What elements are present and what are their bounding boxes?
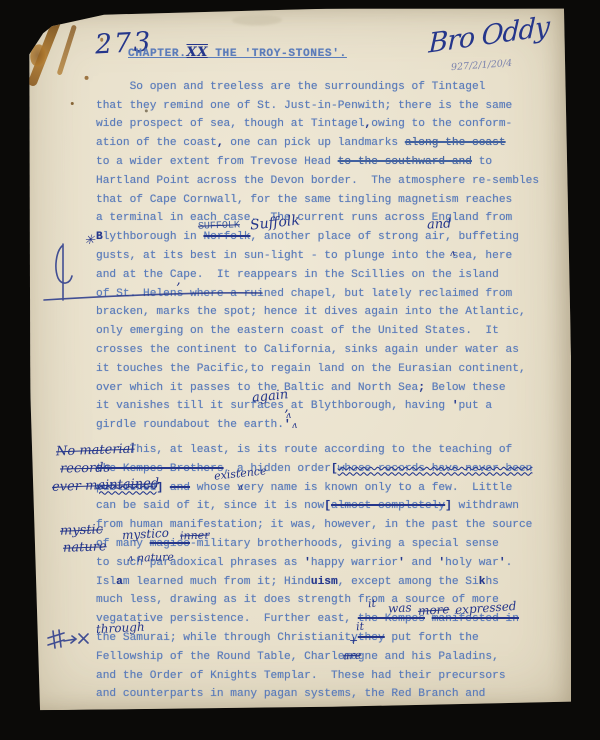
foxing-stain <box>27 15 62 87</box>
text-segment: ' <box>284 419 291 431</box>
text-segment: [ <box>331 463 338 475</box>
text-segment: over which it passes to the Baltic and N… <box>96 382 418 394</box>
typed-line: only emerging on the eastern coast of th… <box>96 322 566 341</box>
typed-line: wide prospect of sea, though at Tintagel… <box>96 115 566 134</box>
text-segment: ' <box>398 557 405 569</box>
text-segment: to the southward and <box>338 156 472 168</box>
text-segment: the Kempes <box>358 613 425 625</box>
text-segment: This, at least, is its route according t… <box>96 444 512 456</box>
text-segment: . <box>506 557 513 569</box>
text-segment: ation of the coast <box>96 137 217 149</box>
text-segment: wide prospect of sea, though at Tintagel <box>96 118 365 130</box>
text-segment: Isl <box>96 576 116 588</box>
typed-line: that of Cape Cornwall, for the same ting… <box>96 191 566 210</box>
typed-line: of St. Helens where a ruined chapel, but… <box>96 285 566 304</box>
typed-line: it vanishes till it surfaces at Blythbor… <box>96 397 566 416</box>
text-segment: , except among the Si <box>338 576 479 588</box>
typed-line: girdle roundabout the earth.' <box>96 416 566 435</box>
text-segment: B <box>96 231 103 243</box>
text-segment: Hartland Point across the Devon border. … <box>96 175 539 187</box>
scanned-manuscript-page: 273 Bro Oddy 927/2/1/20/4 CHAPTER.XX THE… <box>0 0 600 740</box>
typed-line: over which it passes to the Baltic and N… <box>96 379 566 398</box>
text-segment: magico <box>150 538 190 550</box>
typed-line: the Samurai; while through Christianityt… <box>96 629 566 648</box>
text-segment: owing to the conform- <box>371 118 512 130</box>
text-segment: one can pick up landmarks <box>224 137 405 149</box>
text-segment: a <box>116 576 123 588</box>
typed-line: that they remind one of St. Just-in-Penw… <box>96 97 566 116</box>
text-segment: from human manifestation; it was, howeve… <box>96 519 532 531</box>
text-segment: put forth the <box>385 632 479 644</box>
typed-line: can be said of it, since it is now[almos… <box>96 497 566 516</box>
typed-line: to a wider extent from Trevose Head to t… <box>96 153 566 172</box>
text-segment: uism <box>311 576 338 588</box>
typed-line: vegatative persistence. Further east, th… <box>96 610 566 629</box>
typed-line: So open and treeless are the surrounding… <box>96 78 566 97</box>
typed-line: and counterparts in many pagan systems, … <box>96 685 566 704</box>
text-segment: and <box>405 557 439 569</box>
typed-line: crosses the continent to California, sin… <box>96 341 566 360</box>
text-segment: holy war <box>445 557 499 569</box>
text-segment: happy warrior <box>311 557 398 569</box>
text-segment: that of Cape Cornwall, for the same ting… <box>96 194 512 206</box>
typed-line: much less, drawing as it does strength f… <box>96 591 566 610</box>
text-segment: and the Order of Knights Templar. These … <box>96 670 506 682</box>
foxing-stain <box>29 43 47 67</box>
text-segment: -military brotherhoods, giving a special… <box>190 538 499 550</box>
text-segment: ' <box>452 400 459 412</box>
text-segment: much less, drawing as it does strength f… <box>96 594 499 606</box>
text-segment: along the coast <box>405 137 506 149</box>
typed-line: This, at least, is its route according t… <box>96 441 566 460</box>
text-segment: the Samurai; while through Christianity <box>96 632 358 644</box>
typed-line: of many magico-military brotherhoods, gi… <box>96 535 566 554</box>
text-segment: bracken, marks the spot; hence it dives … <box>96 306 526 318</box>
text-segment: they <box>358 632 385 644</box>
text-segment: ' <box>499 557 506 569</box>
heading-segment: CHAPTER. <box>128 48 187 60</box>
typed-line: and at the Cape. It reappears in the Sci… <box>96 266 566 285</box>
text-segment: that they remind one of St. Just-in-Penw… <box>96 100 512 112</box>
foxing-stain <box>57 24 77 75</box>
text-segment: girdle roundabout the earth. <box>96 419 284 431</box>
typed-line: Hartland Point across the Devon border. … <box>96 172 566 191</box>
typed-line: a terminal in each case. The current run… <box>96 209 566 228</box>
text-segment: So open and treeless are the surrounding… <box>96 81 485 93</box>
typed-line: the Kempes Brothers, a hidden order[whos… <box>96 460 566 479</box>
text-segment: to a wider extent from Trevose Head <box>96 156 338 168</box>
smudge <box>232 14 282 25</box>
text-segment: only emerging on the eastern coast of th… <box>96 325 499 337</box>
text-segment: ] <box>445 500 452 512</box>
text-segment: lythborough in <box>103 231 204 243</box>
typed-line: ation of the coast, one can pick up land… <box>96 134 566 153</box>
text-segment: vegatative persistence. Further east, <box>96 613 358 625</box>
text-segment: and <box>170 482 190 494</box>
text-segment: Below these <box>425 382 506 394</box>
chapter-heading: CHAPTER.XX THE 'TROY-STONES'. <box>128 44 566 64</box>
text-segment: the Kempes Brothers <box>96 463 224 475</box>
text-segment <box>425 613 432 625</box>
text-segment <box>163 482 170 494</box>
text-segment: it vanishes till it surfaces at Blythbor… <box>96 400 452 412</box>
text-segment: whose very name is known only to a few. … <box>190 482 512 494</box>
text-segment: , another place of strong air, buffeting <box>250 231 519 243</box>
text-segment: to such paradoxical phrases as <box>96 557 304 569</box>
text-segment: a terminal in each case. The current run… <box>96 212 512 224</box>
text-segment: withdrawn <box>452 500 519 512</box>
text-segment: can be said of it, since it is now <box>96 500 324 512</box>
typed-line: Fellowship of the Round Table, Charlemag… <box>96 648 566 667</box>
typed-line: Islam learned much from it; Hinduism, ex… <box>96 573 566 592</box>
text-segment: put a <box>459 400 493 412</box>
text-segment: m learned much from it; Hind <box>123 576 311 588</box>
text-segment: and at the Cape. It reappears in the Sci… <box>96 269 499 281</box>
text-segment: Norfolk <box>203 231 250 243</box>
text-segment: of many <box>96 538 150 550</box>
text-segment: hs <box>485 576 498 588</box>
text-segment: manifested in <box>432 613 519 625</box>
foxing-dot <box>71 102 74 105</box>
typed-body: So open and treeless are the surrounding… <box>96 78 566 704</box>
text-segment: ; <box>418 382 425 394</box>
heading-segment: THE 'TROY-STONES'. <box>208 48 347 60</box>
typed-line: to such paradoxical phrases as 'happy wa… <box>96 554 566 573</box>
text-segment: [ <box>324 500 331 512</box>
foxing-dot <box>85 76 89 80</box>
text-segment: almost completely <box>331 500 445 512</box>
text-segment: , a hidden order <box>224 463 331 475</box>
heading-segment: XX <box>187 45 208 60</box>
text-segment: of St. Helens where a ruined chapel, but… <box>96 288 512 300</box>
typed-line: Blythborough in Norfolk, another place o… <box>96 228 566 247</box>
text-segment: , <box>217 137 224 149</box>
text-segment: to <box>472 156 492 168</box>
typed-line: bracken, marks the spot; hence it dives … <box>96 303 566 322</box>
text-segment: published <box>96 482 156 494</box>
typewritten-text-block: CHAPTER.XX THE 'TROY-STONES'. So open an… <box>96 44 566 704</box>
text-segment: gusts, at its best in sun-light - to plu… <box>96 250 512 262</box>
text-segment: crosses the continent to California, sin… <box>96 344 519 356</box>
typed-line: gusts, at its best in sun-light - to plu… <box>96 247 566 266</box>
text-segment: it touches the Pacific,to regain land on… <box>96 363 526 375</box>
typed-line: it touches the Pacific,to regain land on… <box>96 360 566 379</box>
typed-line: from human manifestation; it was, howeve… <box>96 516 566 535</box>
text-segment: and counterparts in many pagan systems, … <box>96 688 485 700</box>
typed-line: published] and whose very name is known … <box>96 479 566 498</box>
text-segment: ' <box>304 557 311 569</box>
text-segment: whose records have never been <box>338 463 533 475</box>
typed-line: and the Order of Knights Templar. These … <box>96 667 566 686</box>
text-segment: Fellowship of the Round Table, Charlemag… <box>96 651 499 663</box>
